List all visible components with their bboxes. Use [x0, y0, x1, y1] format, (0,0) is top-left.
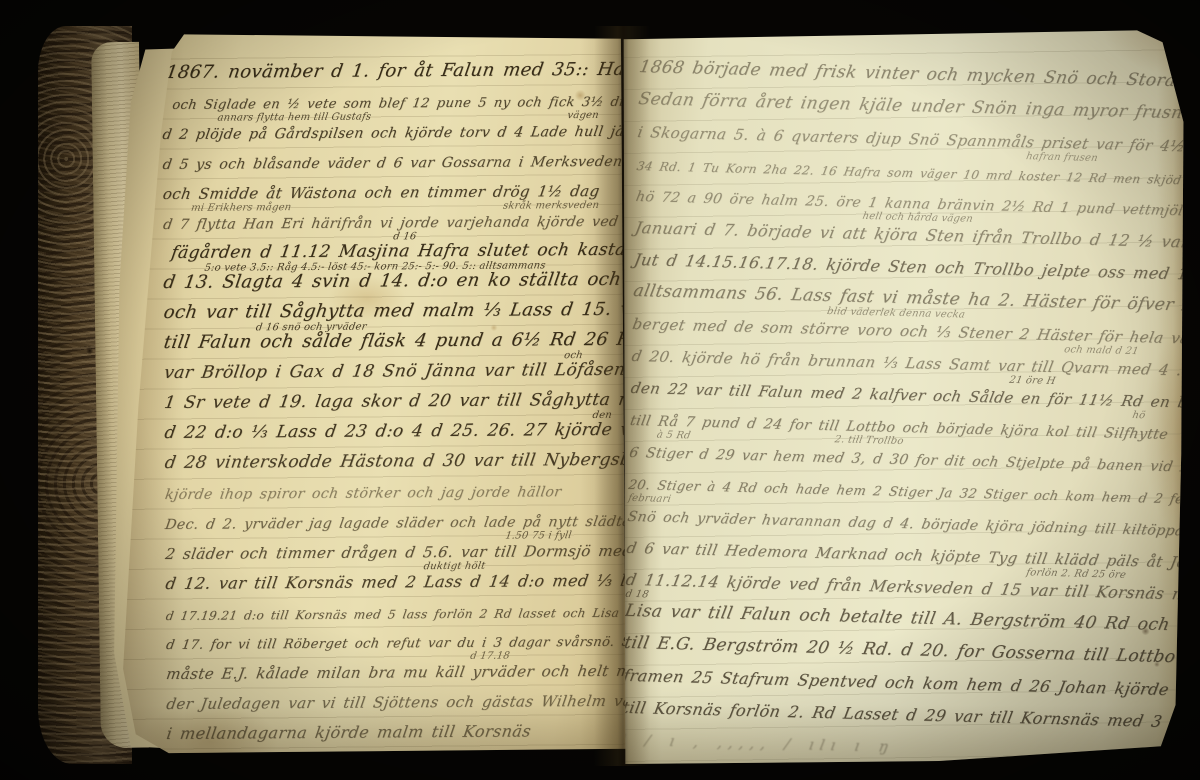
line-text: till Falun och sålde fläsk 4 pund a 6½ R… [162, 328, 626, 353]
line-text: d 17.19.21 d:o till Korsnäs med 5 lass f… [165, 605, 626, 623]
interline-annotation: 2. till Trollbo [834, 434, 905, 447]
line-text: d 22 d:o ⅓ Lass d 23 d:o 4 d 25. 26. 27 … [163, 419, 626, 443]
manuscript-line: d 28 vinterskodde Hästona d 30 var till … [165, 441, 625, 474]
interline-annotation: den [591, 410, 612, 421]
line-text: d 12. var till Korsnäs med 2 Lass d 14 d… [164, 569, 626, 593]
interline-annotation: blid väderlek denna vecka [826, 306, 966, 321]
manuscript-line: 2 släder och timmer drågen d 5.6. var ti… [165, 531, 625, 564]
line-text: och Siglade en ½ vete som blef 12 pune 5… [171, 94, 626, 113]
manuscript-line: d 7 flytta Han Eri härifrån vi jorde var… [163, 201, 623, 234]
interline-annotation: februari [627, 493, 672, 505]
line-text: 1867. novämber d 1. for åt Falun med 35:… [165, 57, 626, 83]
interline-annotation: hell och hårda vägen [861, 211, 973, 225]
line-text: ' / ı ‚ ‚‚‚‚‚ / ılı ı ŋ [622, 731, 896, 756]
manuscript-line: d 5 ys och blåsande väder d 6 var Gossar… [163, 141, 623, 174]
interline-annotation: mi Erikhers mågen [190, 202, 292, 214]
manuscript-line: d 13. Slagta 4 svin d 14. d:o en ko stäl… [163, 261, 623, 294]
left-page: 1867. novämber d 1. for åt Falun med 35:… [118, 30, 626, 756]
line-text: var Bröllop i Gax d 18 Snö Jänna var til… [163, 359, 626, 383]
manuscript-line: 1867. novämber d 1. for åt Falun med 35:… [162, 51, 622, 84]
interline-annotation: forlön 2. Rd 25 öre [1025, 567, 1127, 581]
interline-annotation: d 16 [392, 231, 417, 242]
interline-annotation: à 5 Rd [656, 430, 692, 442]
manuscript-line: fägården d 11.12 Masjina Hafra slutet oc… [163, 231, 623, 264]
manuscript-line: d 2 plöjde på Gårdspilsen och kjörde tor… [162, 111, 622, 144]
line-text: 2 släder och timmer drågen d 5.6. var ti… [164, 541, 626, 563]
manuscript-line: d 22 d:o ⅓ Lass d 23 d:o 4 d 25. 26. 27 … [165, 411, 625, 444]
manuscript-line: och Smidde åt Wästona och en timmer drög… [163, 171, 623, 204]
interline-annotation: annars flytta hem till Gustafs [217, 112, 372, 124]
interline-annotation: 21 öre H [1008, 375, 1056, 387]
interline-annotation: och [563, 350, 583, 361]
interline-annotation: d 18 [625, 589, 650, 601]
interline-annotation: och mald d 21 [1063, 344, 1139, 357]
right-page-text: 1868 började med frisk vinter och mycken… [622, 46, 1180, 764]
manuscript-line: Dec. d 2. yrväder jag lagade släder och … [165, 501, 625, 534]
line-text: der Juledagen var vi till Sjöttens och g… [165, 691, 626, 713]
interline-annotation: d 16 snö och yrväder [255, 322, 367, 334]
interline-annotation: skråk merksveden [503, 200, 601, 212]
line-text: måste E.J. kålade milan bra mu käll yrvä… [165, 661, 626, 683]
manuscript-line: och Siglade en ½ vete som blef 12 pune 5… [162, 81, 622, 114]
interline-annotation: vägen [566, 110, 599, 121]
interline-annotation: duktigt hölt [422, 561, 485, 572]
interline-annotation: d 17.18 [469, 651, 510, 662]
manuscript-line: måste E.J. kålade milan bra mu käll yrvä… [166, 651, 626, 684]
line-text: kjörde ihop spiror och störker och jag j… [164, 484, 563, 503]
right-page: 1868 började med frisk vinter och mycken… [622, 26, 1188, 764]
line-text: d 2 plöjde på Gårdspilsen och kjörde tor… [161, 122, 626, 143]
manuscript-line: d 12. var till Korsnäs med 2 Lass d 14 d… [166, 561, 626, 594]
manuscript-line: 1 Sr vete d 19. laga skor d 20 var till … [164, 381, 624, 414]
manuscript-line: i mellandagarna kjörde malm till Korsnäs [167, 711, 626, 744]
interline-annotation: hafran frusen [1025, 151, 1098, 164]
interline-annotation: 1.50 75 i fyll [505, 530, 573, 541]
line-text: d 5 ys och blåsande väder d 6 var Gossar… [162, 153, 626, 173]
interline-annotation: hö [1132, 410, 1147, 421]
manuscript-line: d 17.19.21 d:o till Korsnäs med 5 lass f… [166, 591, 626, 624]
line-text: i mellandagarna kjörde malm till Korsnäs [165, 721, 532, 743]
left-page-text: 1867. novämber d 1. for åt Falun med 35:… [162, 51, 626, 744]
line-text: och var till Såghytta med malm ⅓ Lass d … [162, 298, 626, 323]
manuscript-line: till Falun och sålde fläsk 4 pund a 6½ R… [164, 321, 624, 354]
line-text: d 17. for vi till Röberget och refut var… [165, 634, 626, 653]
manuscript-line: kjörde ihop spiror och störker och jag j… [165, 471, 625, 504]
line-text: d 28 vinterskodde Hästona d 30 var till … [163, 449, 626, 473]
line-text: d 7 flytta Han Eri härifrån vi jorde var… [162, 213, 626, 233]
manuscript-line: och var till Såghytta med malm ⅓ Lass d … [164, 291, 624, 324]
manuscript-line: der Juledagen var vi till Sjöttens och g… [166, 681, 626, 714]
manuscript-photo: 16odds.alaaysD2di 1867. novämber d 1. fo… [0, 0, 1200, 780]
manuscript-line: d 17. for vi till Röberget och refut var… [166, 621, 626, 654]
line-text: 1 Sr vete d 19. laga skor d 20 var till … [163, 389, 626, 413]
manuscript-line: var Bröllop i Gax d 18 Snö Jänna var til… [164, 351, 624, 384]
